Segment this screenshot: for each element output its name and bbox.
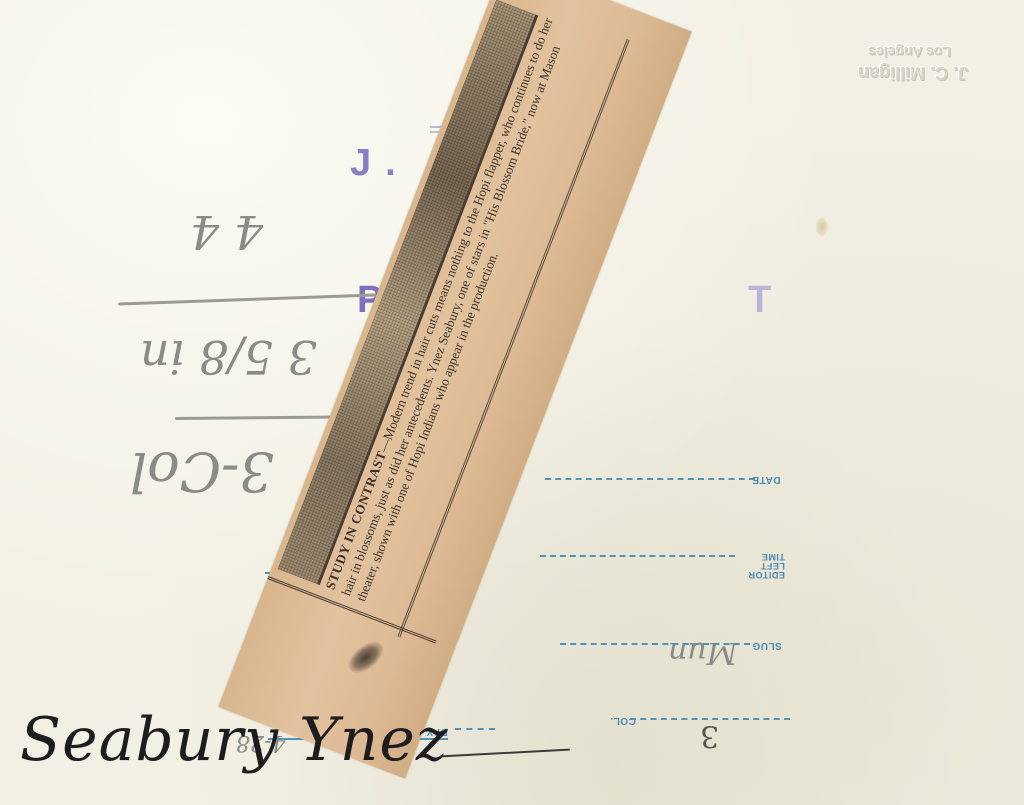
pencil-note-top: 4 4 <box>190 205 263 259</box>
form-label-time-left-editor: EDITOR LEFT TIME <box>748 552 785 579</box>
pencil-col-number: 3 <box>700 718 719 753</box>
pencil-slug-scrawl: Mun <box>668 635 737 670</box>
emboss-city: Los Angeles <box>868 44 951 60</box>
form-line-time-left <box>540 555 735 557</box>
emboss-photographer: J. C. Milligan <box>858 62 968 83</box>
form-label-col: COL. <box>610 715 636 725</box>
form-label-time: TIME <box>748 552 785 561</box>
form-line-slug <box>560 643 750 645</box>
form-line-day <box>455 728 495 730</box>
form-label-left: LEFT <box>748 561 785 570</box>
ink-signature: Seabury Ynez <box>20 705 448 775</box>
form-line-col <box>630 718 790 720</box>
stamp-please-tail: T <box>748 279 771 322</box>
form-label-date: DATE <box>752 474 780 484</box>
form-label-slug: SLUG <box>752 640 782 650</box>
form-line-date <box>545 478 755 480</box>
ink-smudge <box>343 636 388 678</box>
pencil-note-columns: 3-Col <box>130 440 274 503</box>
stain-spot <box>816 218 828 236</box>
pencil-note-size: 3 5/8 in <box>140 330 317 384</box>
form-label-editor: EDITOR <box>748 570 785 579</box>
